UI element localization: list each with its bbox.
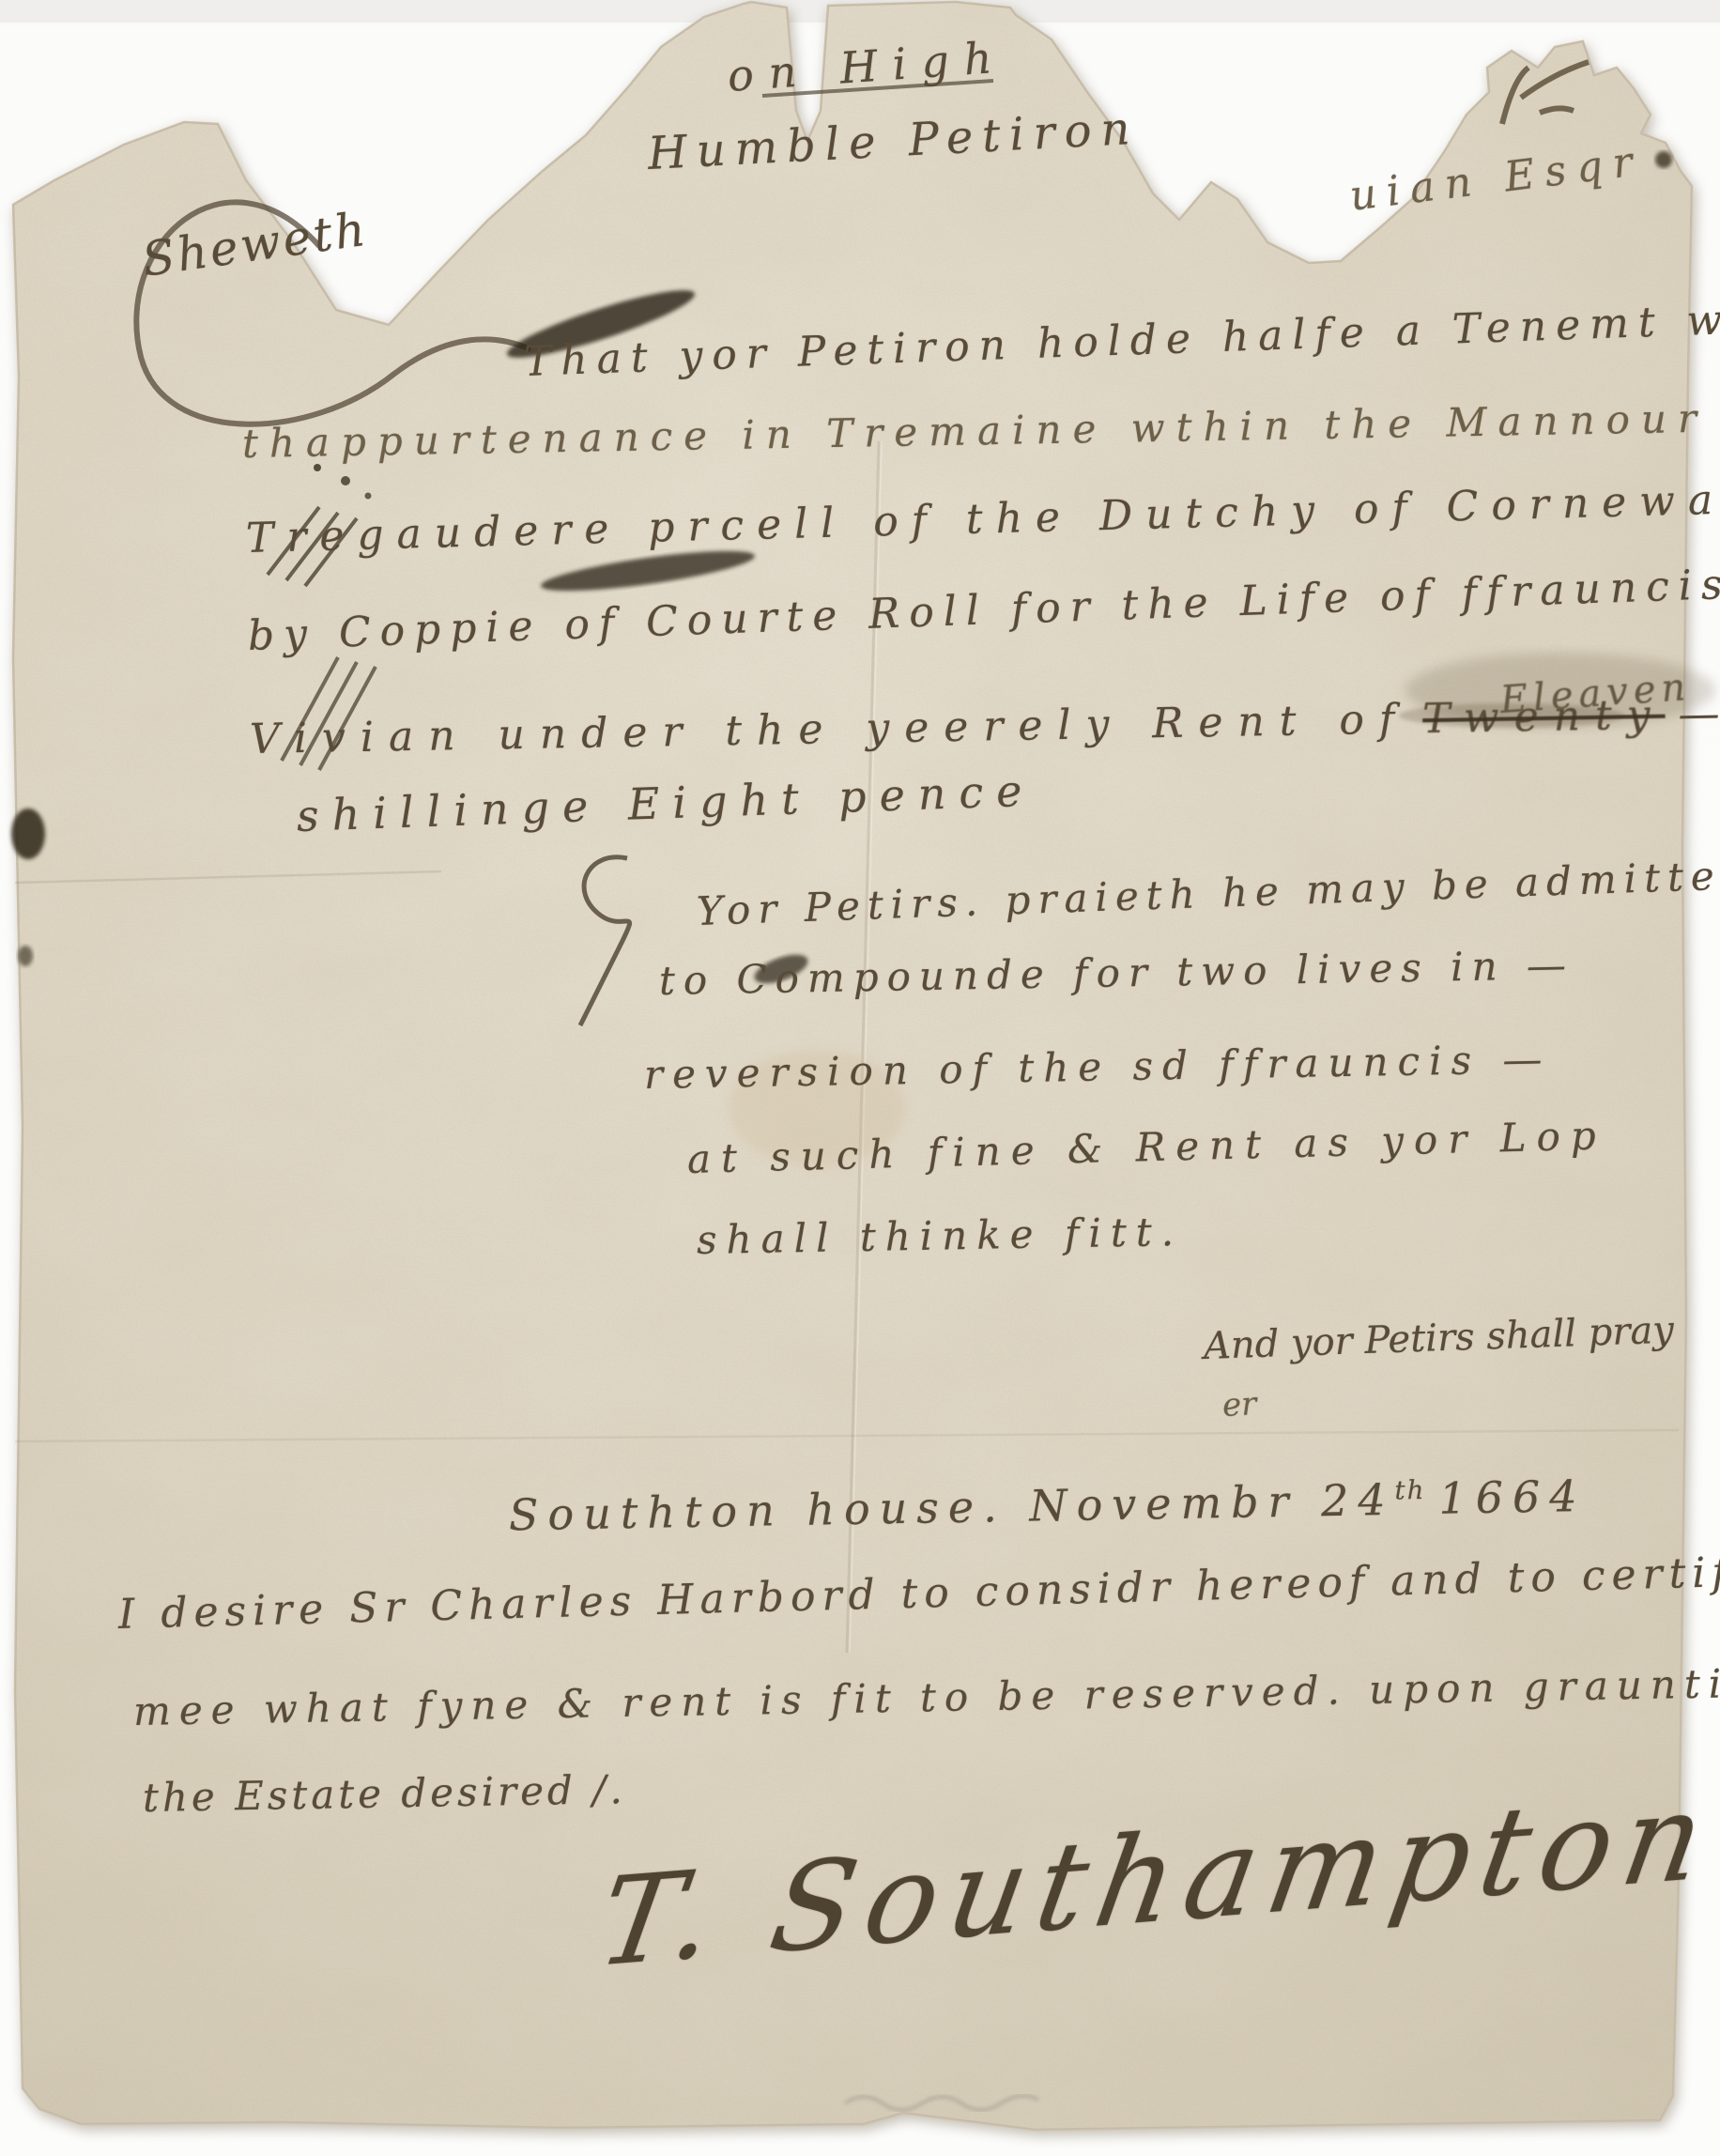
closing-insertion: er	[1221, 1388, 1257, 1422]
date-year: 1664	[1438, 1471, 1587, 1524]
ink-speck-2	[341, 476, 350, 485]
ink-speck-top-right	[1655, 151, 1672, 168]
ink-spot-left-edge	[18, 946, 33, 966]
scanned-document: on High Humble Petiron uian Esqr Sheweth…	[0, 0, 1720, 2156]
prayer-line-5: shall thinke fitt.	[697, 1212, 1184, 1260]
ink-blot-left-edge	[11, 808, 45, 859]
date-ordinal-suffix: th	[1394, 1474, 1425, 1506]
endorsement-note-line-3: the Estate desired /.	[143, 1770, 626, 1818]
ink-speck-3	[365, 493, 372, 500]
